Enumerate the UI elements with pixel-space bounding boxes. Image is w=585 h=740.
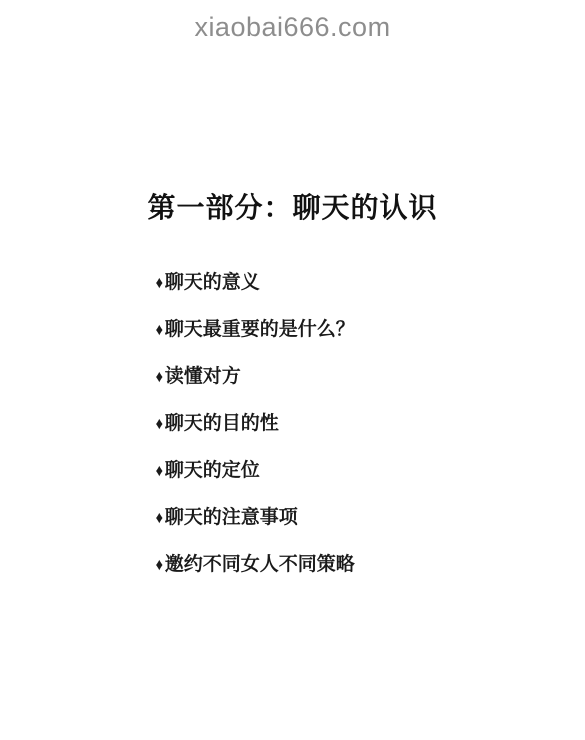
list-item-text: 邀约不同女人不同策略: [165, 554, 355, 575]
list-item-text: 聊天的定位: [165, 460, 260, 481]
list-item-text: 聊天的目的性: [165, 413, 279, 434]
diamond-bullet-icon: ♦: [156, 367, 163, 387]
list-item-text: 聊天最重要的是什么？: [165, 319, 355, 340]
topic-list: ♦聊天的意义 ♦聊天最重要的是什么？ ♦读懂对方 ♦聊天的目的性 ♦聊天的定位 …: [155, 273, 535, 602]
document-page: xiaobai666.com 第一部分：聊天的认识 ♦聊天的意义 ♦聊天最重要的…: [0, 0, 585, 740]
list-item: ♦读懂对方: [155, 367, 535, 387]
diamond-bullet-icon: ♦: [156, 414, 163, 434]
list-item: ♦聊天的目的性: [155, 414, 535, 434]
diamond-bullet-icon: ♦: [156, 461, 163, 481]
list-item: ♦聊天的意义: [155, 273, 535, 293]
list-item: ♦聊天的注意事项: [155, 508, 535, 528]
diamond-bullet-icon: ♦: [156, 555, 163, 575]
diamond-bullet-icon: ♦: [156, 320, 163, 340]
list-item: ♦邀约不同女人不同策略: [155, 555, 535, 575]
diamond-bullet-icon: ♦: [156, 508, 163, 528]
site-watermark: xiaobai666.com: [0, 12, 585, 43]
list-item-text: 聊天的意义: [165, 272, 260, 293]
list-item-text: 聊天的注意事项: [165, 507, 298, 528]
list-item-text: 读懂对方: [165, 366, 241, 387]
list-item: ♦聊天的定位: [155, 461, 535, 481]
diamond-bullet-icon: ♦: [156, 273, 163, 293]
section-title: 第一部分：聊天的认识: [0, 186, 585, 226]
list-item: ♦聊天最重要的是什么？: [155, 320, 535, 340]
